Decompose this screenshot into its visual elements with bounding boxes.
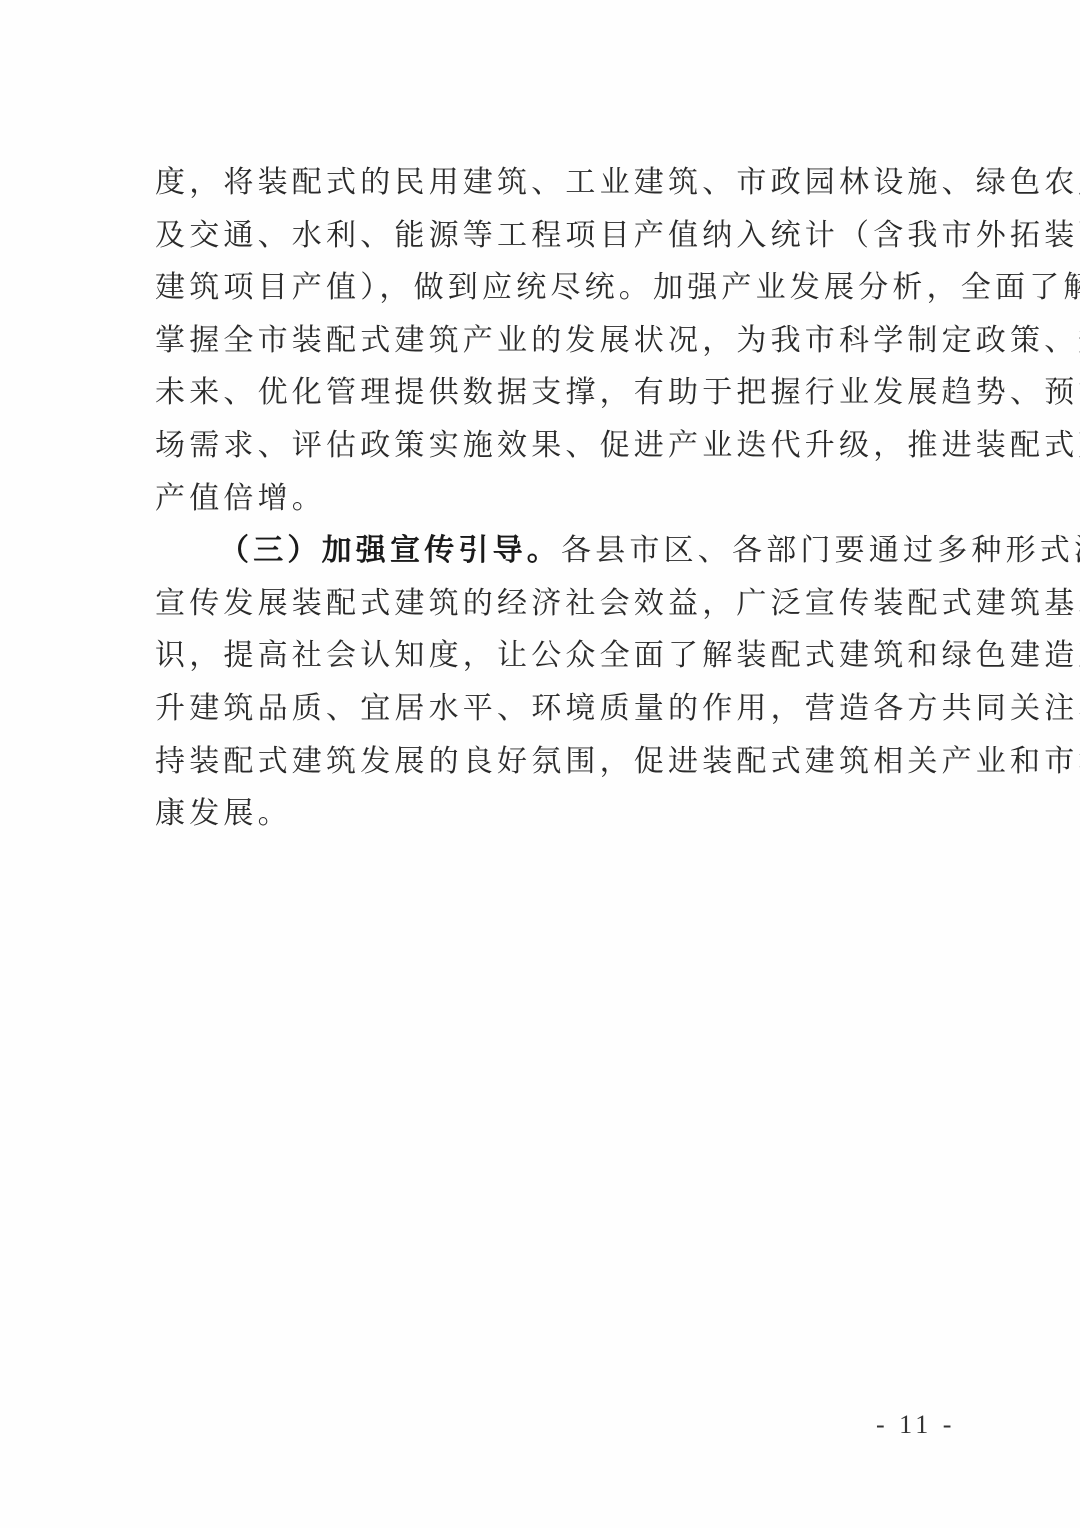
text-line: 康发展。 [155, 788, 941, 841]
text-line: 宣传发展装配式建筑的经济社会效益，广泛宣传装配式建筑基本知 [155, 578, 941, 631]
paragraph-publicity: （三）加强宣传引导。各县市区、各部门要通过多种形式深入 宣传发展装配式建筑的经济… [155, 525, 941, 841]
text-line: 建筑项目产值），做到应统尽统。加强产业发展分析，全面了解和 [155, 262, 941, 315]
text-line: 掌握全市装配式建筑产业的发展状况，为我市科学制定政策、规划 [155, 315, 941, 368]
text-fragment: 各县市区、各部门要通过多种形式深入 [561, 533, 1080, 568]
text-line: 场需求、评估政策实施效果、促进产业迭代升级，推进装配式建筑 [155, 420, 941, 473]
document-body: 度，将装配式的民用建筑、工业建筑、市政园林设施、绿色农房以 及交通、水利、能源等… [155, 157, 941, 841]
text-line: 未来、优化管理提供数据支撑，有助于把握行业发展趋势、预测市 [155, 367, 941, 420]
page-number: - 11 - [876, 1410, 955, 1440]
text-line: 产值倍增。 [155, 473, 941, 526]
paragraph-statistics: 度，将装配式的民用建筑、工业建筑、市政园林设施、绿色农房以 及交通、水利、能源等… [155, 157, 941, 525]
text-line: 度，将装配式的民用建筑、工业建筑、市政园林设施、绿色农房以 [155, 157, 941, 210]
text-line: 及交通、水利、能源等工程项目产值纳入统计（含我市外拓装配式 [155, 210, 941, 263]
section-heading: （三）加强宣传引导。 [219, 533, 561, 568]
document-page: 度，将装配式的民用建筑、工业建筑、市政园林设施、绿色农房以 及交通、水利、能源等… [0, 0, 1080, 1528]
text-line: （三）加强宣传引导。各县市区、各部门要通过多种形式深入 [155, 525, 941, 578]
text-line: 识，提高社会认知度，让公众全面了解装配式建筑和绿色建造对提 [155, 630, 941, 683]
text-line: 持装配式建筑发展的良好氛围，促进装配式建筑相关产业和市场健 [155, 736, 941, 789]
text-line: 升建筑品质、宜居水平、环境质量的作用，营造各方共同关注、支 [155, 683, 941, 736]
